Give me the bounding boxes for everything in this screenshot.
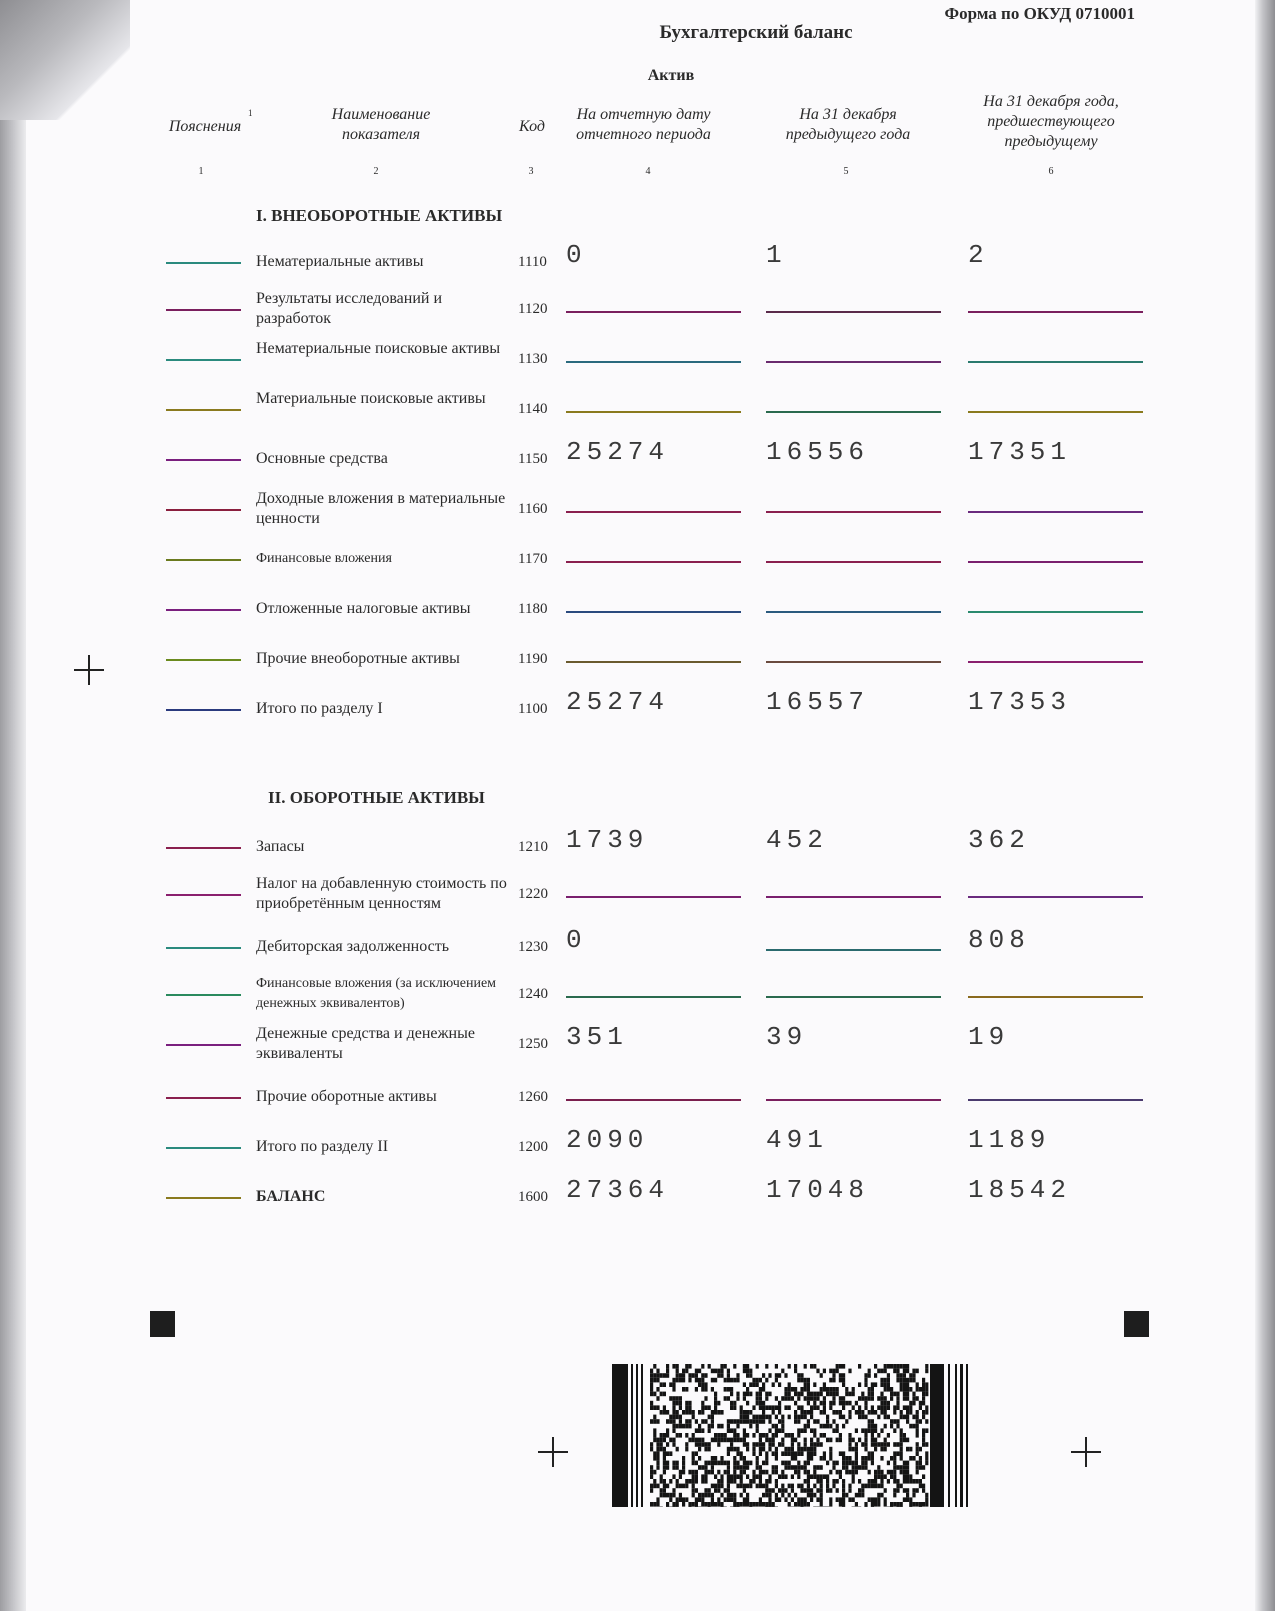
empty-value-dash-col-4 — [566, 311, 741, 313]
indicator-label: Налог на добавленную стоимость по приобр… — [256, 874, 516, 914]
empty-value-dash-col-5 — [766, 896, 941, 898]
value-col-4: 25274 — [566, 687, 669, 717]
form-code: Форма по ОКУД 0710001 — [945, 4, 1135, 24]
empty-value-dash-col-4 — [566, 511, 741, 513]
column-number-4: 4 — [628, 166, 668, 177]
value-col-6: 362 — [968, 825, 1030, 855]
indicator-code: 1250 — [518, 1036, 558, 1053]
empty-value-dash-col-4 — [566, 996, 741, 998]
table-row: Результаты исследований и разработок1120 — [26, 295, 1255, 341]
empty-value-dash-col-4 — [566, 661, 741, 663]
section-title-current: II. ОБОРОТНЫЕ АКТИВЫ — [268, 788, 485, 808]
empty-value-dash-col-6 — [968, 311, 1143, 313]
balance-sheet-page: Форма по ОКУД 0710001 Бухгалтерский бала… — [26, 0, 1255, 1611]
empty-value-dash-col-5 — [766, 561, 941, 563]
header-year-before-previous: На 31 декабря года, предшествующего пред… — [966, 92, 1136, 152]
indicator-code: 1170 — [518, 551, 558, 568]
column-number-3: 3 — [511, 166, 551, 177]
indicator-label: Прочие внеоборотные активы — [256, 649, 516, 669]
indicator-label: Итого по разделу I — [256, 699, 516, 719]
table-row: Финансовые вложения1170 — [26, 545, 1255, 591]
empty-value-dash-col-4 — [566, 611, 741, 613]
table-row: БАЛАНС1600273641704818542 — [26, 1183, 1255, 1229]
table-row: Итого по разделу II120020904911189 — [26, 1133, 1255, 1179]
empty-value-dash-col-5 — [766, 661, 941, 663]
value-col-5: 16557 — [766, 687, 869, 717]
table-row: Денежные средства и денежные эквиваленты… — [26, 1030, 1255, 1076]
indicator-code: 1600 — [518, 1189, 558, 1206]
indicator-label: Результаты исследований и разработок — [256, 289, 516, 329]
indicator-label: Доходные вложения в материальные ценност… — [256, 489, 516, 529]
header-code: Код — [510, 117, 554, 137]
column-number-1: 1 — [181, 166, 221, 177]
empty-value-dash-col-6 — [968, 896, 1143, 898]
value-col-6: 1189 — [968, 1125, 1050, 1155]
value-col-5: 452 — [766, 825, 828, 855]
empty-value-dash-col-6 — [968, 361, 1143, 363]
table-row: Налог на добавленную стоимость по приобр… — [26, 880, 1255, 926]
empty-value-dash-col-5 — [766, 949, 941, 951]
indicator-label: Нематериальные активы — [256, 252, 516, 272]
value-col-6: 17353 — [968, 687, 1071, 717]
notes-blank-line — [166, 609, 241, 611]
indicator-code: 1130 — [518, 351, 558, 368]
table-row: Финансовые вложения (за исключением дене… — [26, 980, 1255, 1026]
empty-value-dash-col-5 — [766, 511, 941, 513]
indicator-label: Нематериальные поисковые активы — [256, 339, 516, 359]
indicator-code: 1160 — [518, 501, 558, 518]
notes-blank-line — [166, 1097, 241, 1099]
table-row: Дебиторская задолженность12300808 — [26, 933, 1255, 979]
empty-value-dash-col-5 — [766, 611, 941, 613]
indicator-code: 1120 — [518, 301, 558, 318]
indicator-label: Финансовые вложения (за исключением дене… — [256, 974, 516, 1014]
notes-blank-line — [166, 709, 241, 711]
notes-blank-line — [166, 1197, 241, 1199]
empty-value-dash-col-4 — [566, 1099, 741, 1101]
notes-blank-line — [166, 1044, 241, 1046]
scan-edge-right — [1255, 0, 1275, 1611]
section-title-noncurrent: I. ВНЕОБОРОТНЫЕ АКТИВЫ — [256, 206, 502, 226]
value-col-4: 0 — [566, 240, 587, 270]
header-notes: Пояснения — [160, 117, 250, 137]
value-col-4: 0 — [566, 925, 587, 955]
value-col-6: 2 — [968, 240, 989, 270]
notes-blank-line — [166, 894, 241, 896]
table-row: Нематериальные активы1110012 — [26, 248, 1255, 294]
indicator-code: 1230 — [518, 939, 558, 956]
value-col-4: 2090 — [566, 1125, 648, 1155]
indicator-label: Материальные поисковые активы — [256, 389, 516, 409]
empty-value-dash-col-6 — [968, 611, 1143, 613]
notes-blank-line — [166, 947, 241, 949]
value-col-4: 25274 — [566, 437, 669, 467]
value-col-6: 18542 — [968, 1175, 1071, 1205]
notes-blank-line — [166, 459, 241, 461]
notes-blank-line — [166, 309, 241, 311]
table-row: Материальные поисковые активы1140 — [26, 395, 1255, 441]
header-indicator-name: Наименование показателя — [306, 105, 456, 145]
empty-value-dash-col-6 — [968, 411, 1143, 413]
table-row: Отложенные налоговые активы1180 — [26, 595, 1255, 641]
empty-value-dash-col-5 — [766, 411, 941, 413]
indicator-label: Денежные средства и денежные эквиваленты — [256, 1024, 516, 1064]
value-col-5: 16556 — [766, 437, 869, 467]
indicator-code: 1260 — [518, 1089, 558, 1106]
corner-marker-right — [1124, 1311, 1149, 1337]
column-number-2: 2 — [356, 166, 396, 177]
notes-blank-line — [166, 559, 241, 561]
indicator-label: Дебиторская задолженность — [256, 937, 516, 957]
indicator-label: Итого по разделу II — [256, 1137, 516, 1157]
value-col-5: 1 — [766, 240, 787, 270]
empty-value-dash-col-5 — [766, 1099, 941, 1101]
notes-blank-line — [166, 847, 241, 849]
indicator-code: 1100 — [518, 701, 558, 718]
indicator-code: 1180 — [518, 601, 558, 618]
empty-value-dash-col-5 — [766, 311, 941, 313]
empty-value-dash-col-6 — [968, 996, 1143, 998]
table-row: Прочие оборотные активы1260 — [26, 1083, 1255, 1129]
header-previous-year: На 31 декабря предыдущего года — [768, 105, 928, 145]
empty-value-dash-col-6 — [968, 661, 1143, 663]
table-row: Нематериальные поисковые активы1130 — [26, 345, 1255, 391]
notes-blank-line — [166, 262, 241, 264]
table-row: Доходные вложения в материальные ценност… — [26, 495, 1255, 541]
registration-crosshair-bottom-left — [538, 1437, 568, 1467]
notes-blank-line — [166, 1147, 241, 1149]
indicator-code: 1190 — [518, 651, 558, 668]
notes-blank-line — [166, 359, 241, 361]
empty-value-dash-col-4 — [566, 561, 741, 563]
table-row: Прочие внеоборотные активы1190 — [26, 645, 1255, 691]
empty-value-dash-col-5 — [766, 361, 941, 363]
table-row: Итого по разделу I1100252741655717353 — [26, 695, 1255, 741]
indicator-label: Запасы — [256, 837, 516, 857]
notes-blank-line — [166, 409, 241, 411]
value-col-6: 19 — [968, 1022, 1009, 1052]
indicator-code: 1200 — [518, 1139, 558, 1156]
value-col-4: 351 — [566, 1022, 628, 1052]
value-col-6: 808 — [968, 925, 1030, 955]
empty-value-dash-col-6 — [968, 511, 1143, 513]
indicator-label: Отложенные налоговые активы — [256, 599, 516, 619]
indicator-label: БАЛАНС — [256, 1187, 516, 1207]
indicator-code: 1110 — [518, 254, 558, 271]
indicator-label: Основные средства — [256, 449, 516, 469]
indicator-label: Финансовые вложения — [256, 549, 516, 569]
empty-value-dash-col-4 — [566, 411, 741, 413]
document-title: Бухгалтерский баланс — [26, 22, 1275, 44]
value-col-4: 27364 — [566, 1175, 669, 1205]
registration-crosshair-bottom-right — [1071, 1437, 1101, 1467]
value-col-6: 17351 — [968, 437, 1071, 467]
indicator-code: 1240 — [518, 986, 558, 1003]
value-col-5: 491 — [766, 1125, 828, 1155]
indicator-code: 1210 — [518, 839, 558, 856]
value-col-4: 1739 — [566, 825, 648, 855]
header-notes-footnote: 1 — [248, 108, 253, 118]
empty-value-dash-col-6 — [968, 561, 1143, 563]
notes-blank-line — [166, 994, 241, 996]
notes-blank-line — [166, 659, 241, 661]
empty-value-dash-col-5 — [766, 996, 941, 998]
registration-crosshair-left — [74, 655, 104, 685]
indicator-code: 1150 — [518, 451, 558, 468]
value-col-5: 39 — [766, 1022, 807, 1052]
pdf417-barcode — [612, 1364, 972, 1507]
notes-blank-line — [166, 509, 241, 511]
header-current-period: На отчетную дату отчетного периода — [556, 105, 731, 145]
document-subtitle: Актив — [26, 67, 1275, 85]
empty-value-dash-col-6 — [968, 1099, 1143, 1101]
indicator-code: 1220 — [518, 886, 558, 903]
value-col-5: 17048 — [766, 1175, 869, 1205]
column-number-6: 6 — [1031, 166, 1071, 177]
empty-value-dash-col-4 — [566, 361, 741, 363]
table-row: Запасы12101739452362 — [26, 833, 1255, 879]
indicator-label: Прочие оборотные активы — [256, 1087, 516, 1107]
column-number-5: 5 — [826, 166, 866, 177]
corner-marker-left — [150, 1311, 175, 1337]
indicator-code: 1140 — [518, 401, 558, 418]
scan-edge-left — [0, 0, 26, 1611]
empty-value-dash-col-4 — [566, 896, 741, 898]
table-row: Основные средства1150252741655617351 — [26, 445, 1255, 491]
